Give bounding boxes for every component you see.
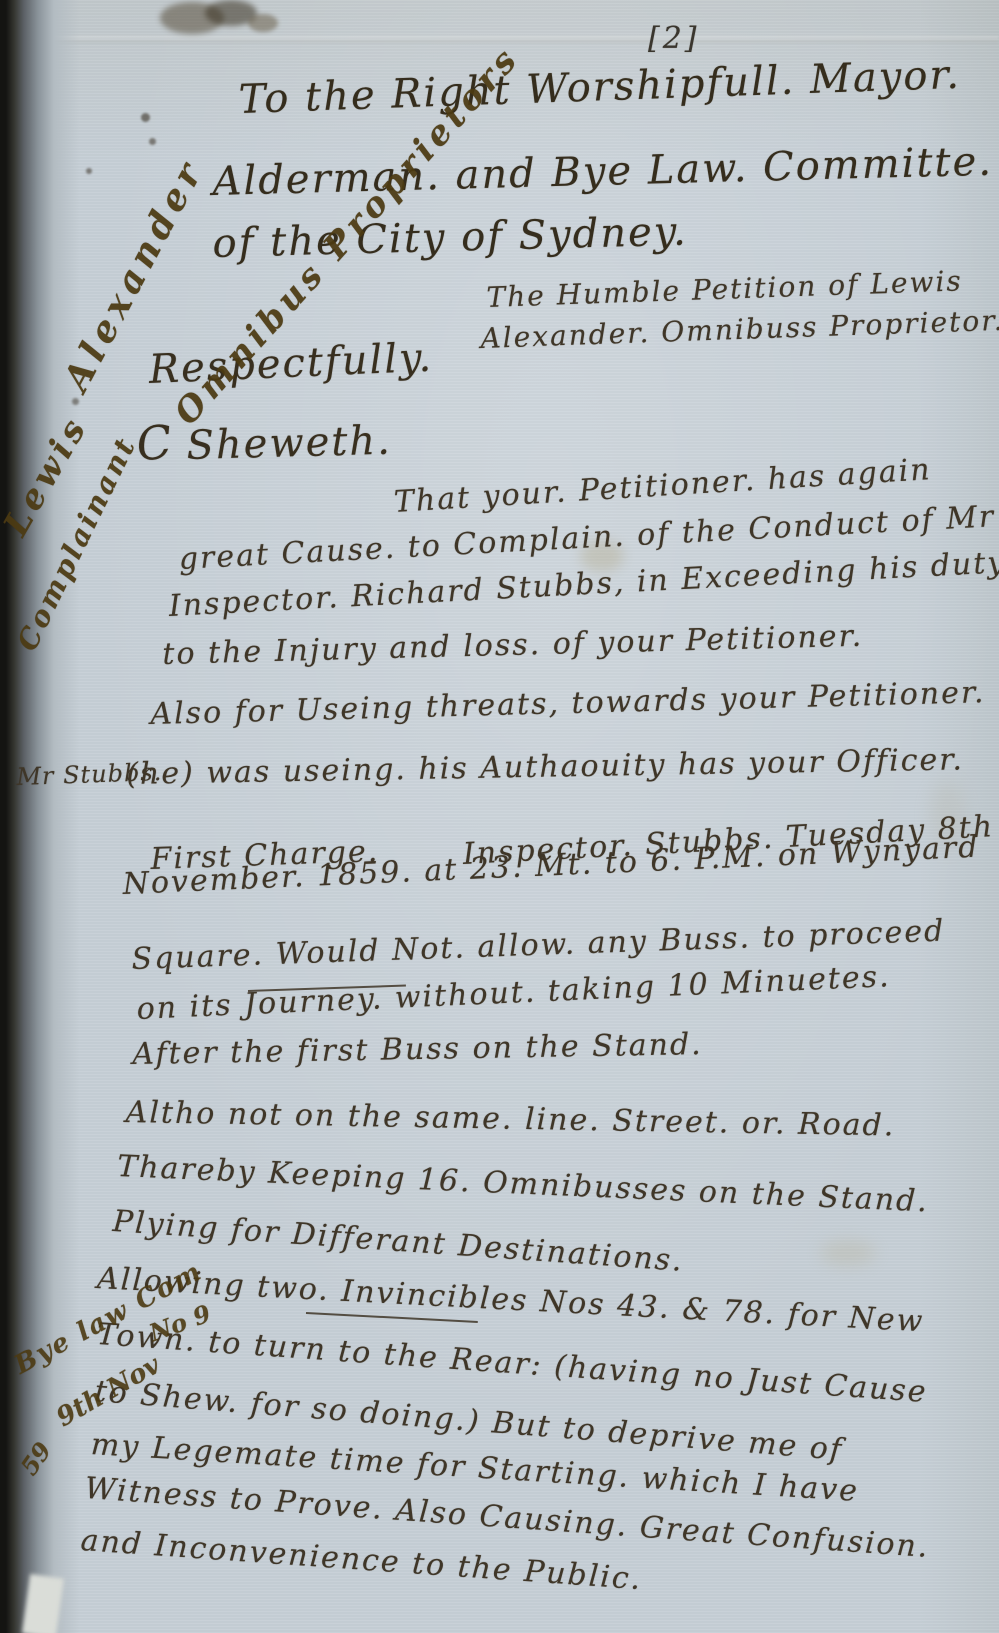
sheweth-line: Sheweth. [186, 419, 392, 468]
paper-crease [40, 36, 999, 43]
ink-stain-top-2 [205, 0, 257, 26]
body-line-4: to the Injury and loss. of your Petition… [162, 620, 864, 671]
petition-intro-line-2: Alexander. Omnibuss Proprietor. [480, 306, 999, 355]
binding-edge [0, 0, 80, 1633]
body-line-5: Also for Useing threats, towards your Pe… [150, 676, 986, 731]
body-line-14: Thareby Keeping 16. Omnibusses on the St… [117, 1150, 930, 1218]
document-page: [2] To the Right Worshipfull. Mayor. Ald… [0, 0, 999, 1633]
body-line-6: (he) was useing. his Authaouity has your… [126, 743, 964, 791]
body-line-13: Altho not on the same. line. Street. or.… [125, 1096, 895, 1142]
body-line-12: After the first Buss on the Stand. [132, 1028, 703, 1071]
ink-spot-3 [86, 168, 92, 174]
heading-line-1: To the Right Worshipfull. Mayor. [238, 53, 962, 122]
ink-spot-2 [149, 138, 156, 145]
fox-stain-2 [820, 1240, 876, 1266]
heading-line-3: of the City of Sydney. [212, 210, 688, 266]
ink-stain-top-3 [248, 14, 278, 32]
heading-line-2: Alderman. and Bye Law. Committe. [212, 140, 993, 204]
ink-spot-1 [141, 113, 150, 122]
ink-stain-top-1 [160, 2, 224, 34]
page-number: [2] [648, 22, 700, 55]
